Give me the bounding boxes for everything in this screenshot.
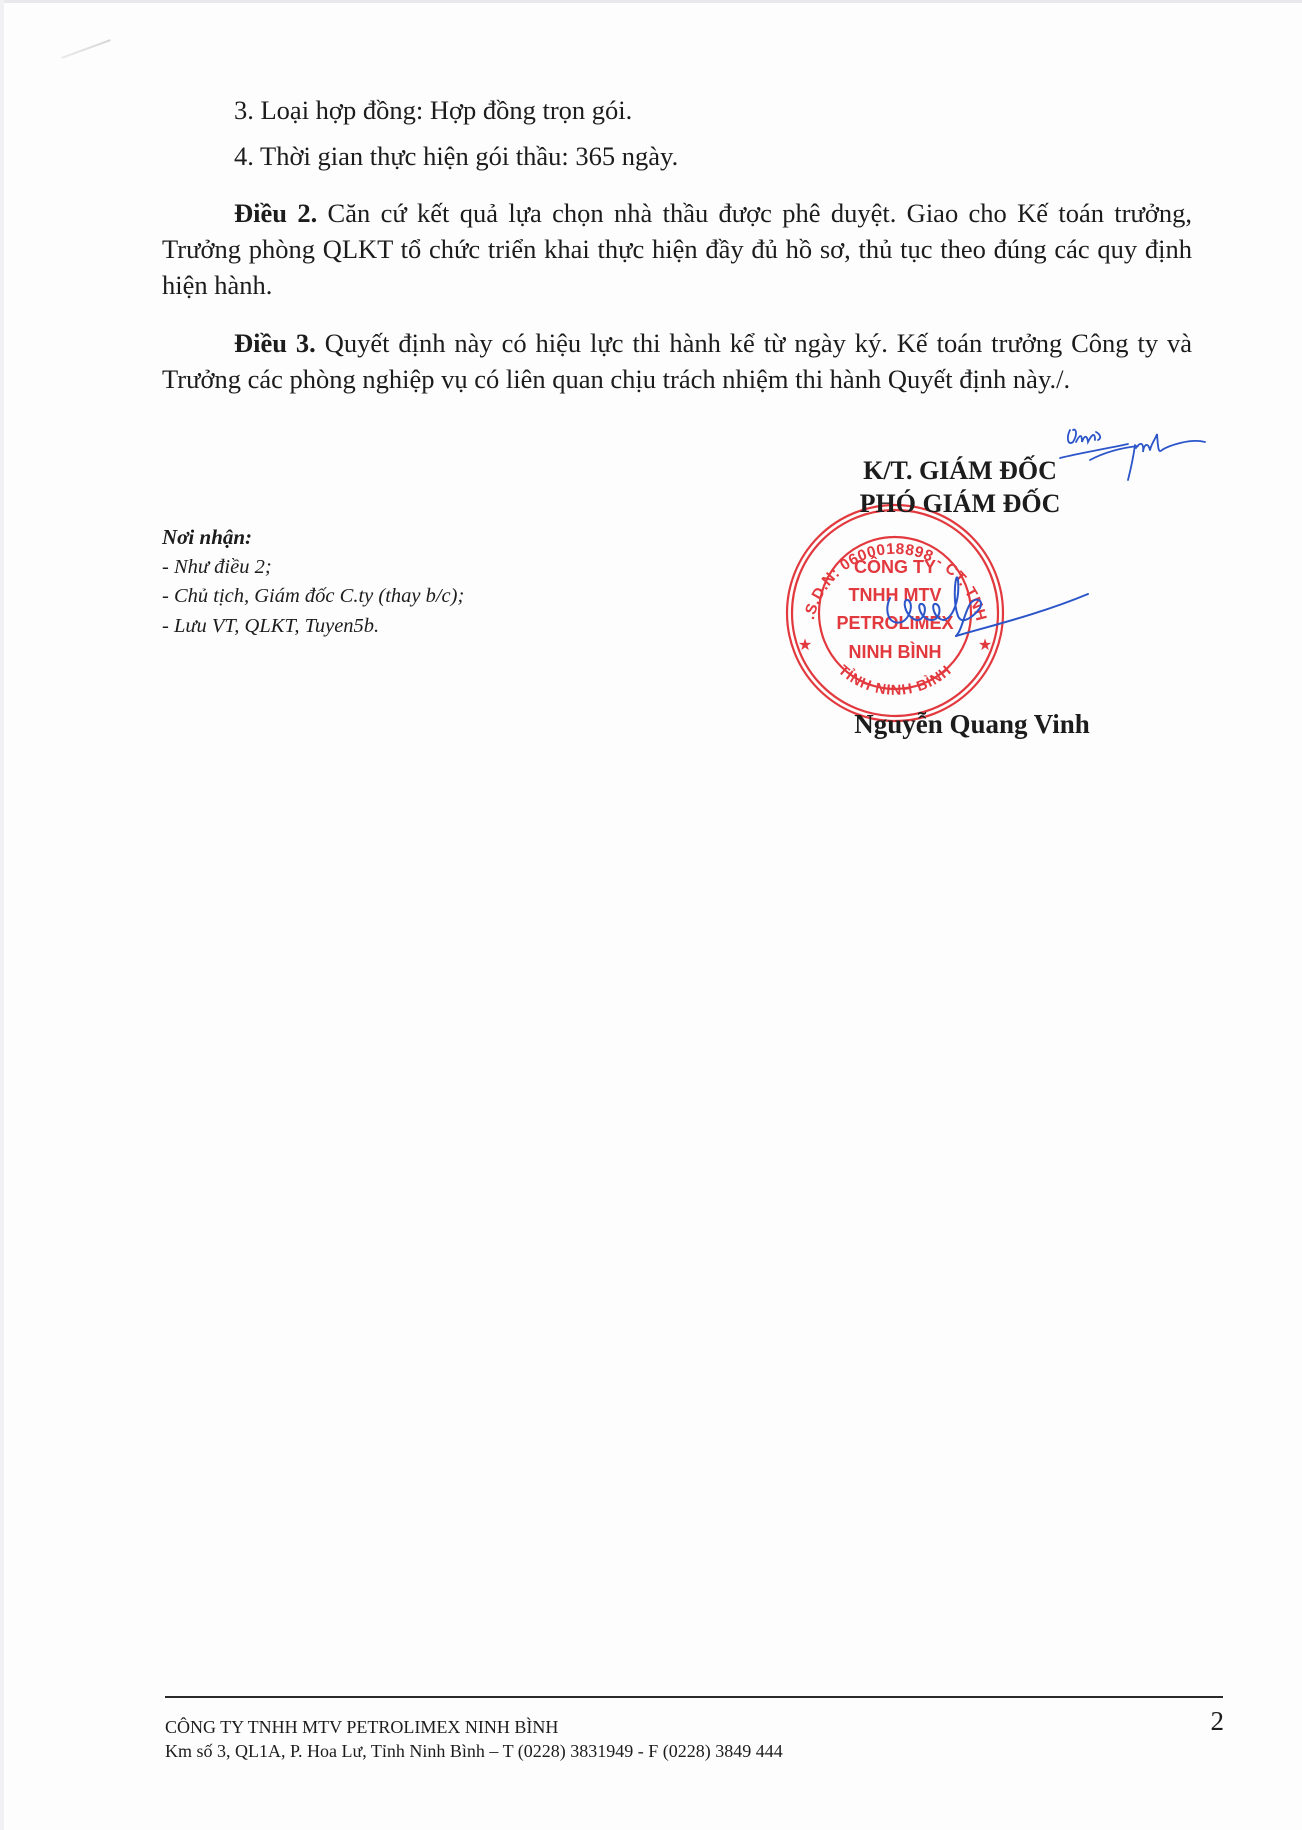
page-edge <box>0 0 1302 3</box>
page-number: 2 <box>1190 1706 1224 1737</box>
signer-name: Nguyễn Quang Vinh <box>812 709 1132 740</box>
scan-speck <box>61 39 111 59</box>
recipients-block: Nơi nhận: - Như điều 2; - Chủ tịch, Giám… <box>162 523 464 641</box>
article-text: Quyết định này có hiệu lực thi hành kể t… <box>162 328 1192 394</box>
duration-item: 4. Thời gian thực hiện gói thầu: 365 ngà… <box>162 138 1192 174</box>
handwritten-signature <box>880 560 1105 660</box>
article-text: Căn cứ kết quả lựa chọn nhà thầu được ph… <box>162 198 1192 300</box>
footer: CÔNG TY TNHH MTV PETROLIMEX NINH BÌNH Km… <box>165 1715 783 1763</box>
recipient-line: - Lưu VT, QLKT, Tuyen5b. <box>162 612 464 642</box>
contract-type-item: 3. Loại hợp đồng: Hợp đồng trọn gói. <box>162 92 1192 128</box>
svg-text:★: ★ <box>798 637 812 654</box>
initials-signature <box>1040 420 1220 500</box>
recipient-line: - Chủ tịch, Giám đốc C.ty (thay b/c); <box>162 582 464 612</box>
svg-text:TỈNH NINH BÌNH: TỈNH NINH BÌNH <box>835 662 955 698</box>
item-text: 4. Thời gian thực hiện gói thầu: 365 ngà… <box>162 138 1192 174</box>
recipient-line: - Như điều 2; <box>162 553 464 583</box>
article-label: Điều 2. <box>234 198 317 228</box>
footer-company: CÔNG TY TNHH MTV PETROLIMEX NINH BÌNH <box>165 1715 783 1739</box>
item-text: 3. Loại hợp đồng: Hợp đồng trọn gói. <box>162 92 1192 128</box>
article-3: Điều 3. Quyết định này có hiệu lực thi h… <box>162 325 1192 397</box>
recipients-title: Nơi nhận: <box>162 523 464 553</box>
page-edge <box>0 0 4 1830</box>
article-2: Điều 2. Căn cứ kết quả lựa chọn nhà thầu… <box>162 195 1192 303</box>
footer-divider <box>165 1696 1223 1698</box>
footer-address: Km số 3, QL1A, P. Hoa Lư, Tỉnh Ninh Bình… <box>165 1739 783 1763</box>
article-label: Điều 3. <box>234 328 316 358</box>
